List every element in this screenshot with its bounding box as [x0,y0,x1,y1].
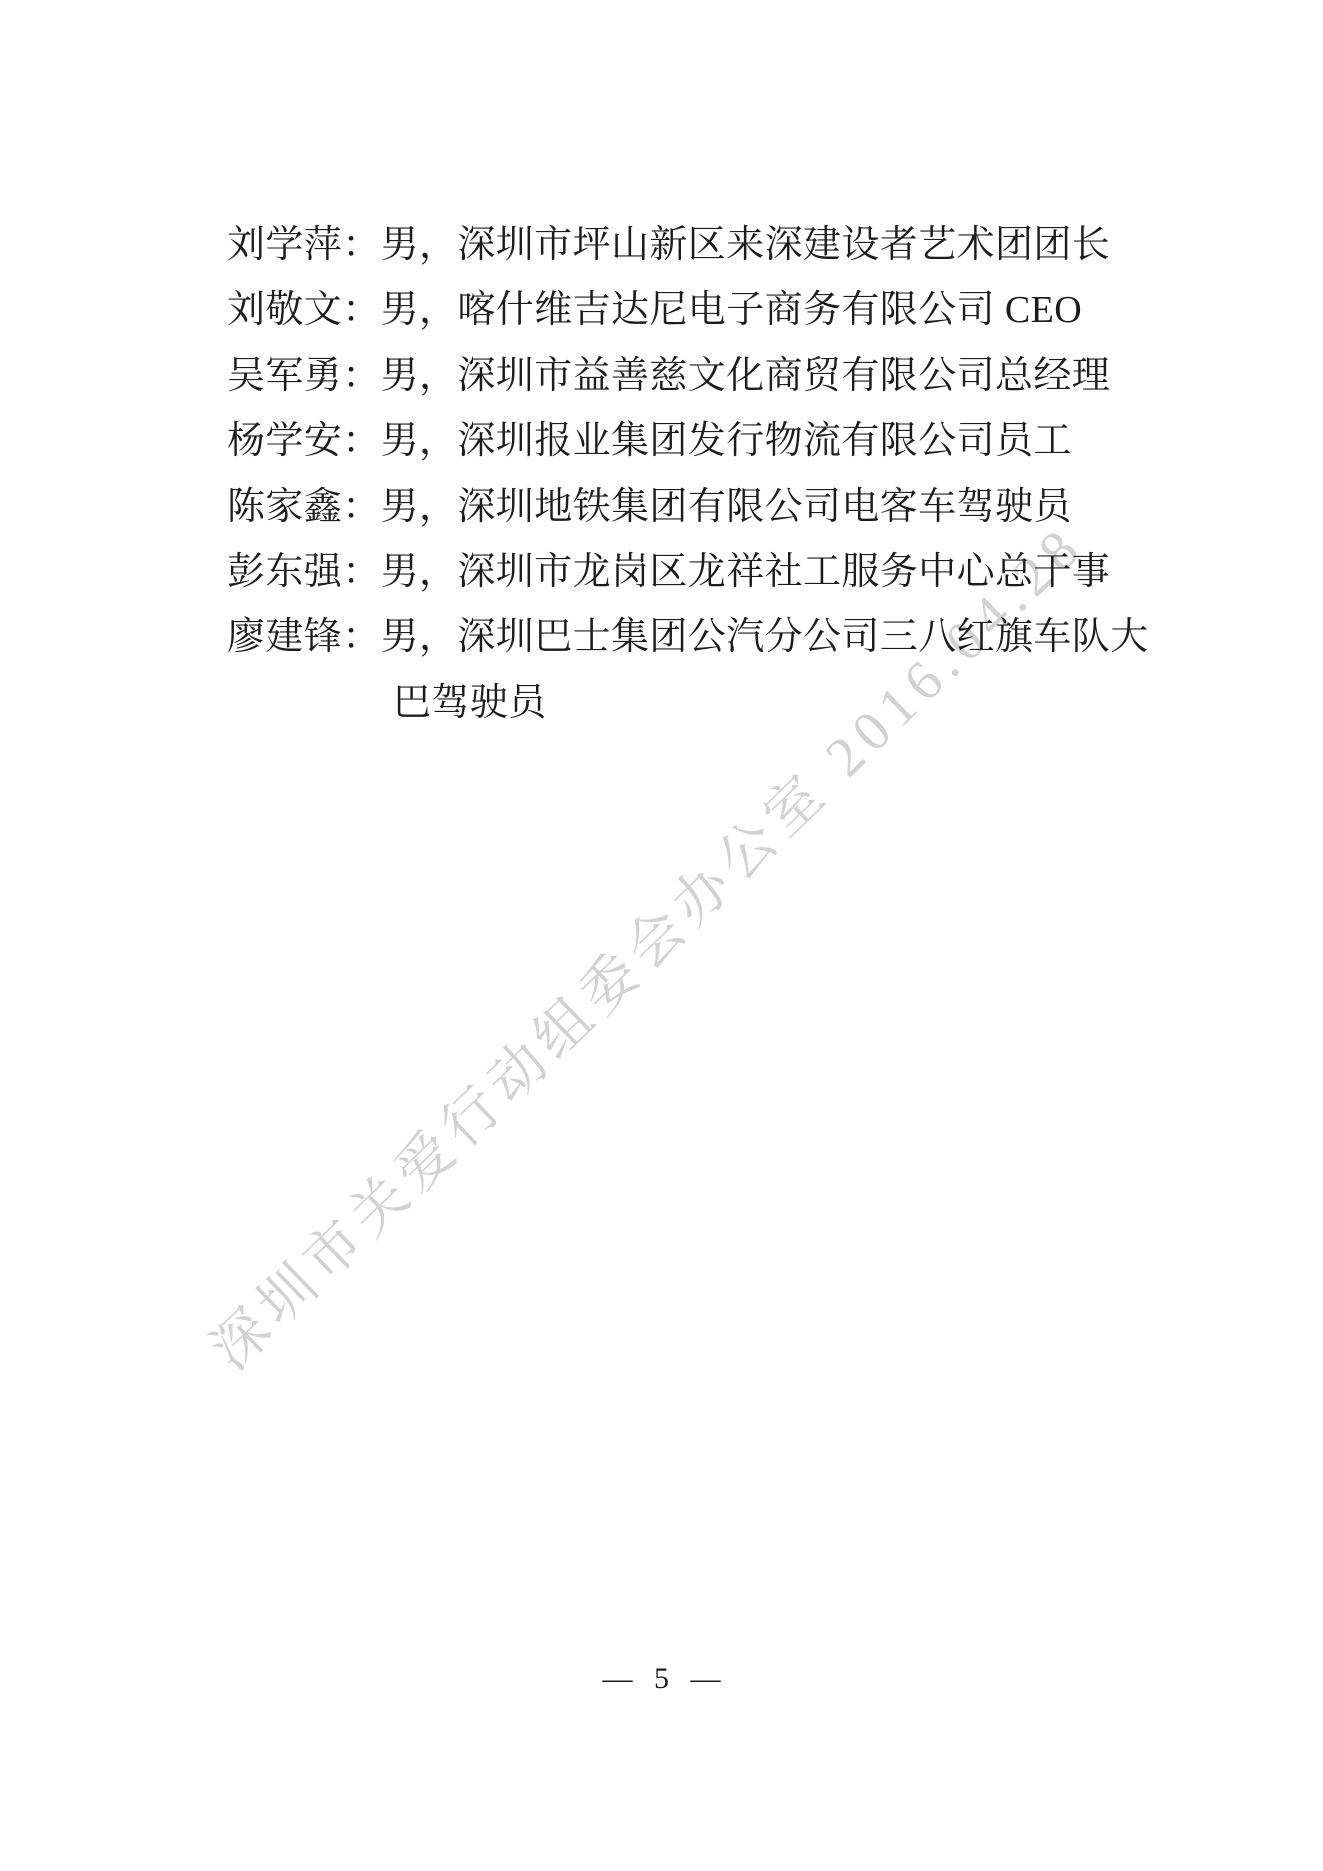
roster-entry-continuation: 巴驾驶员 [393,671,1149,736]
name-separator: ： [342,486,380,528]
person-name: 杨学安 [227,420,342,462]
name-separator: ： [342,551,380,593]
person-detail: 男，深圳地铁集团有限公司电客车驾驶员 [381,486,1072,528]
roster-entry: 刘敬文：男，喀什维吉达尼电子商务有限公司 CEO [227,278,1149,343]
person-detail-continuation: 巴驾驶员 [393,682,547,724]
person-name: 彭东强 [227,551,342,593]
person-detail: 男，深圳巴士集团公汽分公司三八红旗车队大 [381,616,1149,658]
name-separator: ： [342,420,380,462]
person-detail: 男，深圳市坪山新区来深建设者艺术团团长 [381,224,1111,266]
roster-entry: 刘学萍：男，深圳市坪山新区来深建设者艺术团团长 [227,213,1149,278]
person-name: 陈家鑫 [227,486,342,528]
name-separator: ： [342,224,380,266]
roster-list: 刘学萍：男，深圳市坪山新区来深建设者艺术团团长 刘敬文：男，喀什维吉达尼电子商务… [227,213,1149,736]
roster-entry: 杨学安：男，深圳报业集团发行物流有限公司员工 [227,409,1149,474]
roster-entry: 廖建锋：男，深圳巴士集团公汽分公司三八红旗车队大 [227,605,1149,670]
person-name: 吴军勇 [227,355,342,397]
person-detail: 男，深圳市益善慈文化商贸有限公司总经理 [381,355,1111,397]
person-name: 刘学萍 [227,224,342,266]
person-detail: 男，喀什维吉达尼电子商务有限公司 CEO [381,289,1083,331]
name-separator: ： [342,289,380,331]
name-separator: ： [342,355,380,397]
roster-entry: 吴军勇：男，深圳市益善慈文化商贸有限公司总经理 [227,344,1149,409]
page-number: — 5 — [0,1662,1323,1696]
person-detail: 男，深圳报业集团发行物流有限公司员工 [381,420,1072,462]
roster-entry: 陈家鑫：男，深圳地铁集团有限公司电客车驾驶员 [227,475,1149,540]
document-page: 深圳市关爱行动组委会办公室 2016.04.28 刘学萍：男，深圳市坪山新区来深… [0,0,1323,1871]
roster-entry: 彭东强：男，深圳市龙岗区龙祥社工服务中心总干事 [227,540,1149,605]
person-detail: 男，深圳市龙岗区龙祥社工服务中心总干事 [381,551,1111,593]
name-separator: ： [342,616,380,658]
person-name: 廖建锋 [227,616,342,658]
person-name: 刘敬文 [227,289,342,331]
